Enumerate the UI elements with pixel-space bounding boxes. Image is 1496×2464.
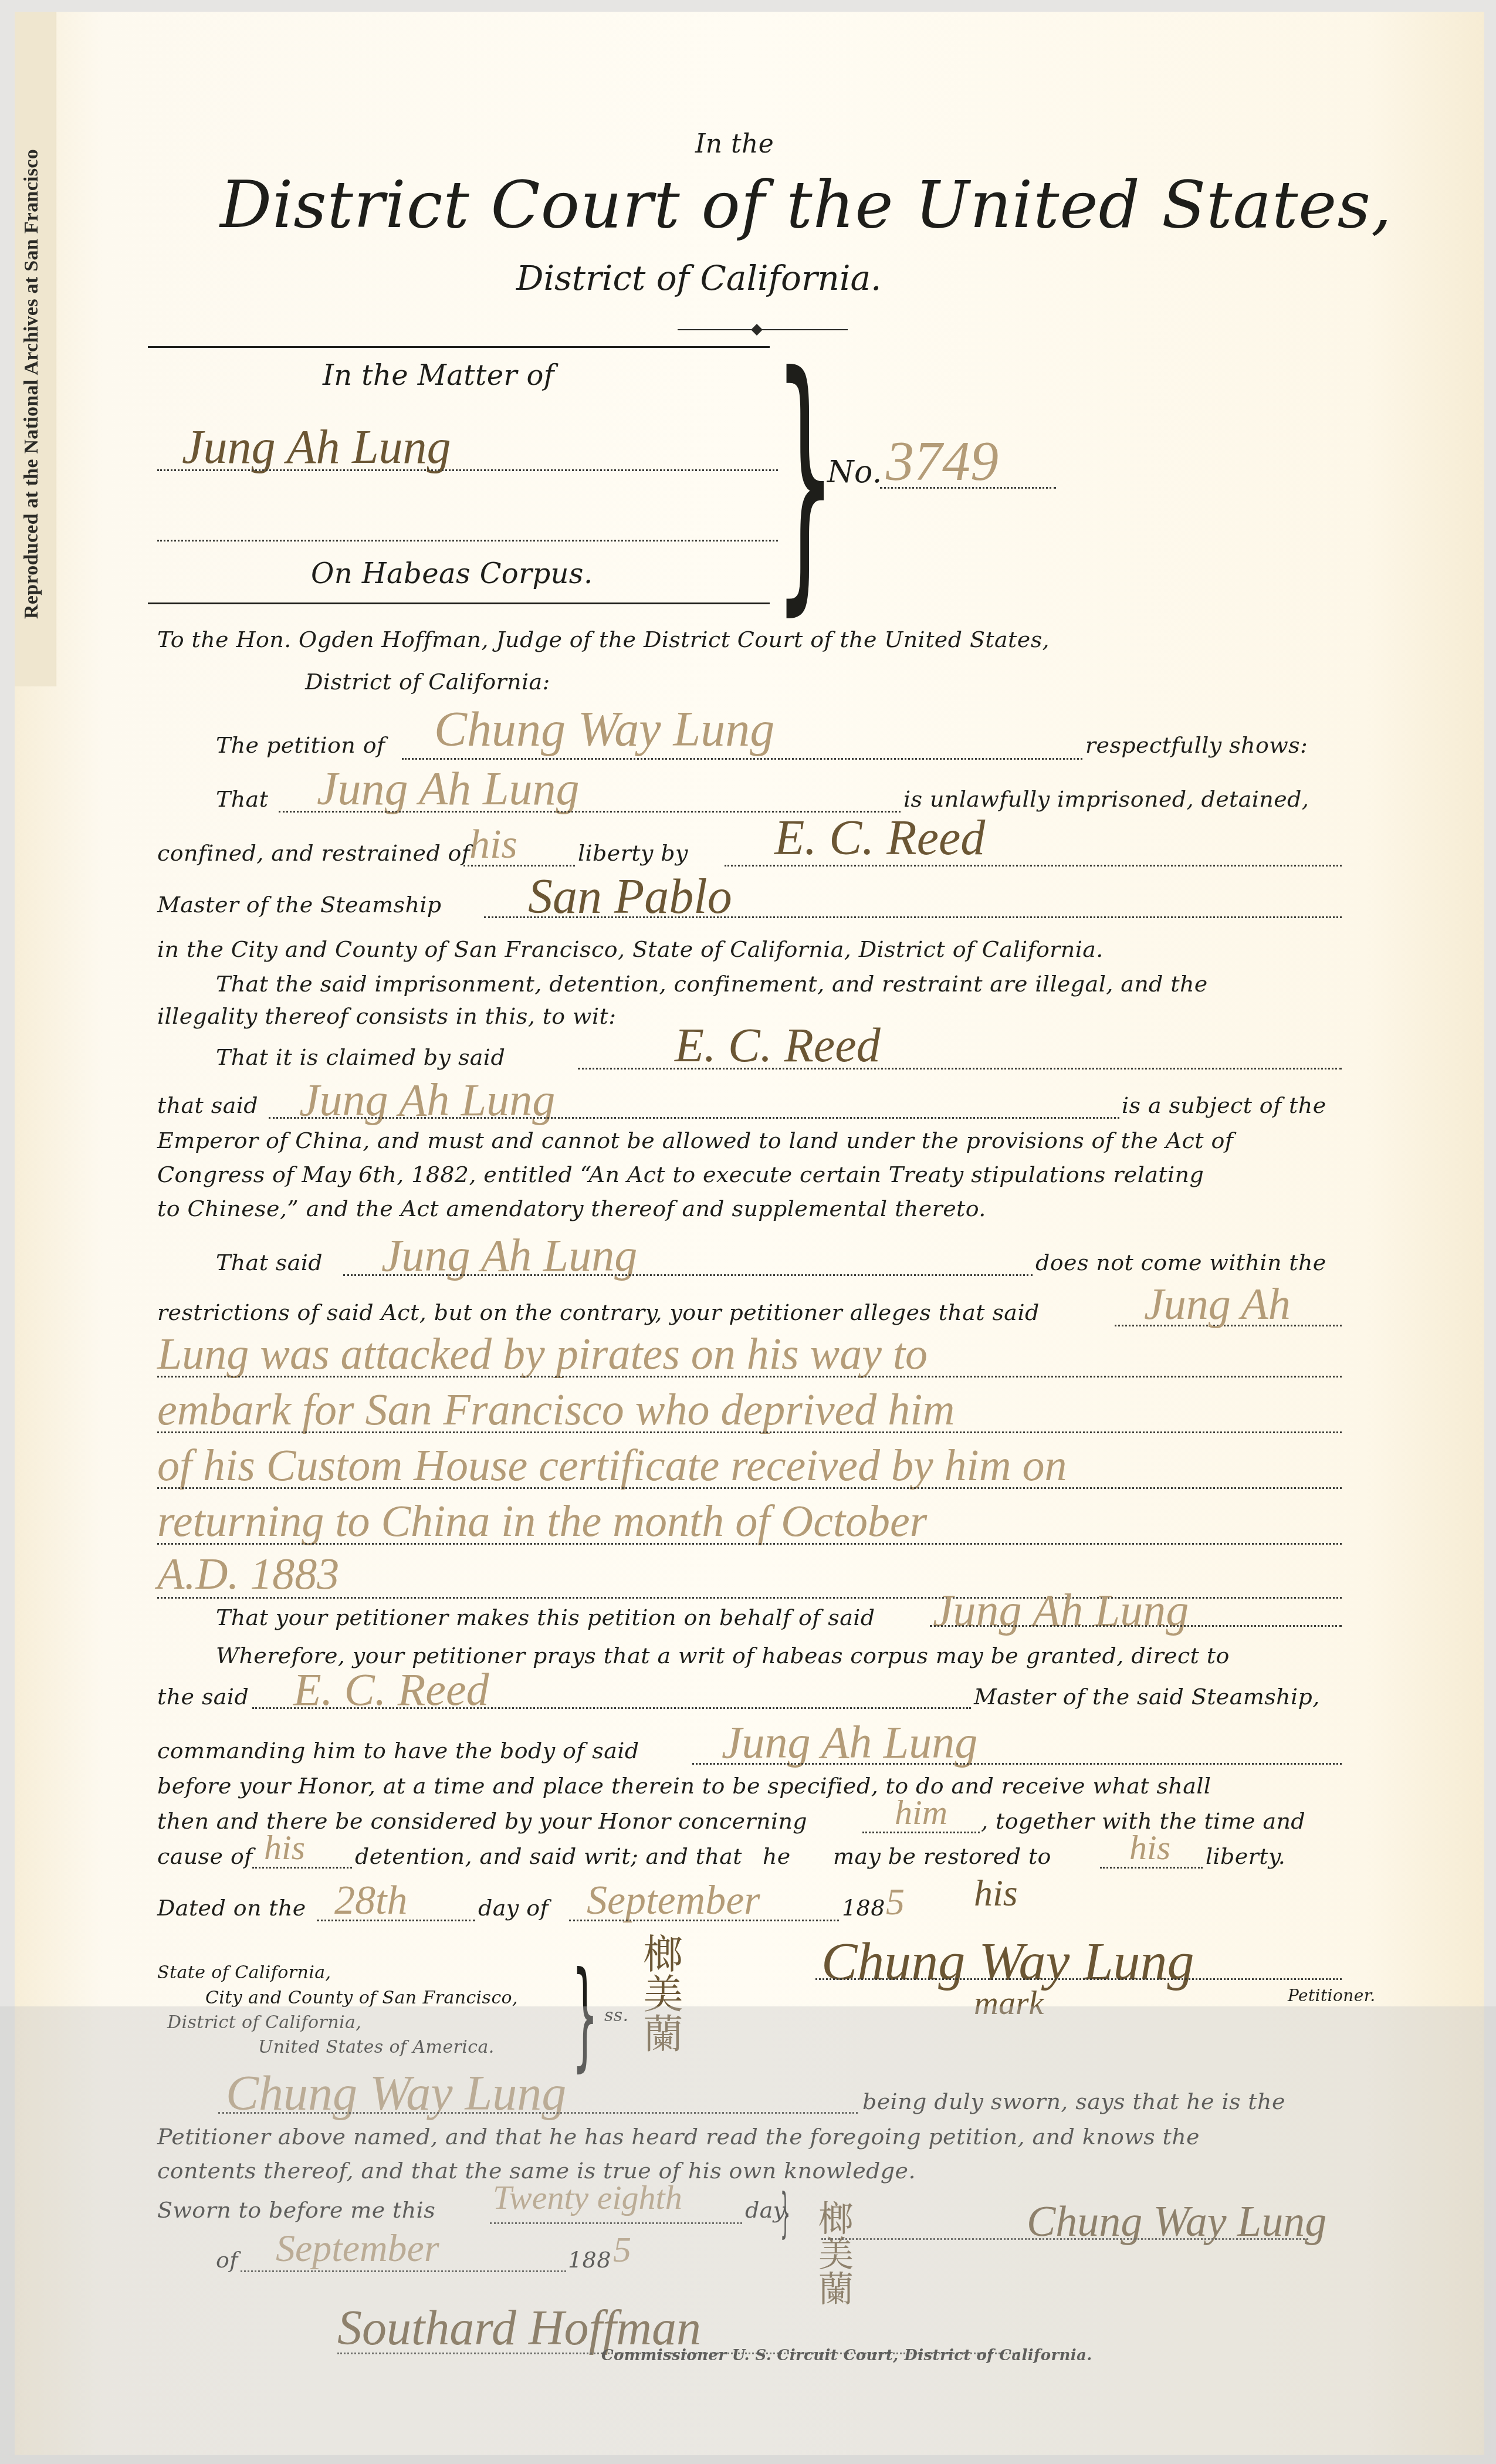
mark-label: mark: [974, 1983, 1044, 2022]
pronoun-his-line-3: [1100, 1867, 1203, 1869]
sworn-before-label: Sworn to before me this: [157, 2197, 435, 2223]
behalf-label: That your petitioner makes this petition…: [216, 1605, 875, 1630]
ss-label: ss.: [604, 2005, 629, 2026]
cause-label: cause of: [157, 1843, 253, 1869]
allegation-text-3: of his Custom House certificate received…: [157, 1440, 1067, 1491]
of-label: of: [216, 2247, 238, 2273]
caption-brace: }: [774, 340, 836, 616]
matter-name: Jung Ah Lung: [182, 419, 451, 475]
illegal-line-1: That the said imprisonment, detention, c…: [216, 971, 1208, 997]
sworn-year-prefix: 188: [568, 2247, 611, 2273]
archive-stamp: Reproduced at the National Archives at S…: [21, 149, 43, 619]
pronoun-his-1: his: [469, 821, 517, 868]
day-of-label: day of: [478, 1895, 549, 1921]
matter-blank-line: [157, 540, 778, 541]
detainee-name: Jung Ah Lung: [317, 763, 579, 816]
petitioner-label: Petitioner.: [1288, 1986, 1376, 2005]
matter-label: In the Matter of: [323, 359, 554, 392]
dated-year-suffix: 5: [886, 1880, 905, 1924]
location-line: in the City and County of San Francisco,…: [157, 936, 1104, 962]
allegation-line-4: [157, 1543, 1342, 1545]
subject-name-line: [269, 1117, 1119, 1119]
that-label: That: [216, 786, 268, 812]
his-mark-top: his: [974, 1871, 1018, 1915]
habeas-corpus-label: On Habeas Corpus.: [311, 557, 593, 590]
petitioner-signature-line: [815, 1978, 1342, 1980]
case-number-line: [880, 487, 1056, 489]
oath-line-2: Petitioner above named, and that he has …: [157, 2124, 1200, 2150]
petition-of-label: The petition of: [216, 732, 385, 758]
claimant-name: E. C. Reed: [675, 1018, 881, 1073]
act-line-2: Congress of May 6th, 1882, entitled “An …: [157, 1162, 1204, 1187]
sworn-year-suffix: 5: [613, 2229, 631, 2271]
detainer-name: E. C. Reed: [774, 810, 985, 867]
detention-text: detention, and said writ; and that: [355, 1843, 742, 1869]
sworn-month: September: [276, 2226, 439, 2271]
that-said-label: that said: [157, 1092, 258, 1118]
court-title: District Court of the United States,: [220, 167, 1392, 242]
venue-line-1: State of California,: [157, 1962, 331, 1983]
pronoun-his-3: his: [1129, 1827, 1170, 1868]
restored-text: may be restored to: [833, 1843, 1051, 1869]
pronoun-him-line: [862, 1832, 980, 1833]
affiant-signature-line: [821, 2238, 1308, 2240]
allegation-line-1: [157, 1376, 1342, 1377]
master-said-text: Master of the said Steamship,: [974, 1684, 1320, 1710]
allegation-line-3: [157, 1487, 1342, 1489]
case-number-label: No.: [827, 455, 882, 490]
allegation-text-5: A.D. 1883: [157, 1549, 339, 1600]
restrictions-line: restrictions of said Act, but on the con…: [157, 1299, 1040, 1325]
then-label: then and there be considered by your Hon…: [157, 1808, 807, 1834]
case-number: 3749: [886, 428, 999, 493]
claimant-name-line: [578, 1068, 1342, 1069]
petitioner-name: Chung Way Lung: [434, 701, 774, 758]
dated-label: Dated on the: [157, 1895, 306, 1921]
sworn-day: Twenty eighth: [493, 2178, 682, 2217]
master-label: Master of the Steamship: [157, 892, 442, 918]
allegation-text-4: returning to China in the month of Octob…: [157, 1496, 927, 1547]
unlawfully-text: is unlawfully imprisoned, detained,: [903, 786, 1309, 812]
dated-day-line: [317, 1920, 475, 1921]
illegal-line-2: illegality thereof consists in this, to …: [157, 1003, 616, 1029]
behalf-name-line: [930, 1625, 1342, 1627]
behalf-name: Jung Ah Lung: [933, 1584, 1189, 1637]
sworn-day-line: [490, 2222, 742, 2224]
venue-line-3: District of California,: [167, 2012, 361, 2033]
liberty-by-label: liberty by: [578, 840, 688, 866]
dated-year-prefix: 188: [842, 1895, 885, 1921]
commanding-label: commanding him to have the body of said: [157, 1738, 639, 1764]
confined-label: confined, and restrained of: [157, 840, 470, 866]
venue-brace: }: [572, 1957, 598, 2074]
not-within-name-line: [343, 1274, 1033, 1276]
address-line-1: To the Hon. Ogden Hoffman, Judge of the …: [157, 627, 1050, 652]
matter-name-line: [157, 469, 778, 471]
the-said-label: the said: [157, 1684, 249, 1710]
dated-month: September: [587, 1877, 760, 1924]
steamship-name-line: [484, 916, 1342, 918]
oath-brace: }: [780, 2182, 790, 2244]
subject-of-text: is a subject of the: [1122, 1092, 1326, 1118]
address-line-2: District of California:: [305, 669, 550, 695]
respectfully-shows: respectfully shows:: [1085, 732, 1308, 758]
not-within-label: That said: [216, 1250, 323, 1275]
allegation-text-2: embark for San Francisco who deprived hi…: [157, 1385, 955, 1436]
detainer-name-line: [725, 865, 1342, 867]
before-line: before your Honor, at a time and place t…: [157, 1773, 1211, 1799]
venue-line-4: United States of America.: [258, 2037, 495, 2057]
petitioner-name-line: [402, 758, 1082, 760]
allegation-text-1: Lung was attacked by pirates on his way …: [157, 1329, 928, 1380]
sworn-text: being duly sworn, says that he is the: [862, 2089, 1285, 2114]
writ-target-line: [252, 1707, 971, 1709]
allegation-line-2: [157, 1431, 1342, 1433]
not-within-text: does not come within the: [1035, 1250, 1326, 1275]
act-line-1: Emperor of China, and must and cannot be…: [157, 1128, 1233, 1153]
pronoun-him: him: [895, 1792, 947, 1833]
dated-month-line: [569, 1920, 839, 1921]
chinese-signature-2: 榔美蘭: [815, 2200, 851, 2306]
dated-day: 28th: [334, 1877, 407, 1924]
commissioner-title: Commissioner U. S. Circuit Court, Distri…: [601, 2347, 1092, 2364]
pronoun-his-2: his: [264, 1827, 305, 1868]
pronoun-his-line-1: [463, 865, 575, 867]
header-in-the: In the: [695, 129, 774, 159]
sworn-month-line: [241, 2270, 566, 2272]
body-name: Jung Ah Lung: [722, 1716, 977, 1769]
claimed-label: That it is claimed by said: [216, 1044, 505, 1070]
chinese-signature-1: 榔美蘭: [639, 1933, 679, 2053]
pronoun-his-line-2: [252, 1867, 352, 1869]
pronoun-he: he: [763, 1843, 791, 1869]
act-line-3: to Chinese,” and the Act amendatory ther…: [157, 1196, 986, 1221]
allegation-text-0: Jung Ah: [1144, 1279, 1291, 1330]
affiant-name-line: [218, 2112, 858, 2114]
venue-line-2: City and County of San Francisco,: [205, 1988, 518, 2008]
district-subtitle: District of California.: [516, 258, 882, 298]
body-name-line: [692, 1763, 1342, 1765]
liberty-end: liberty.: [1206, 1843, 1285, 1869]
